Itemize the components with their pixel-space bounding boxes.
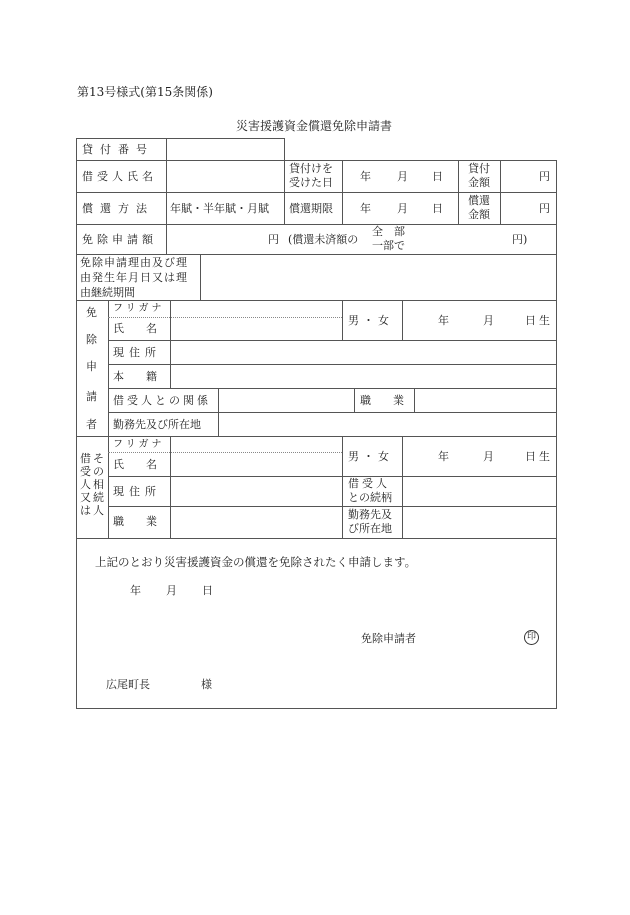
repay-amount-yen: 円 bbox=[539, 202, 550, 215]
applicant-relation-label: 借受人との関係 bbox=[113, 394, 211, 407]
heir-furigana-label: フリガナ bbox=[113, 438, 165, 451]
applicant-occupation-label: 職 業 bbox=[360, 394, 404, 407]
heir-relation-label-2: との続柄 bbox=[348, 491, 392, 504]
unpaid-part-option[interactable]: 一部で bbox=[372, 239, 405, 252]
repay-amount-label-1: 償還 bbox=[468, 194, 490, 207]
heir-name-field[interactable] bbox=[171, 454, 341, 475]
heir-occupation-field[interactable] bbox=[171, 507, 341, 537]
unpaid-all-option[interactable]: 全 部 bbox=[372, 225, 405, 238]
applicant-relation-field[interactable] bbox=[219, 389, 353, 411]
applicant-occupation-field[interactable] bbox=[415, 389, 555, 411]
applicant-workplace-label: 勤務先及び所在地 bbox=[113, 418, 201, 431]
borrower-name-field[interactable] bbox=[167, 161, 283, 191]
unpaid-prefix: (償還未済額の bbox=[288, 233, 358, 246]
addressee: 広尾町長 bbox=[106, 678, 150, 691]
heir-workplace-field[interactable] bbox=[403, 507, 555, 537]
repay-deadline-day: 日 bbox=[432, 202, 443, 215]
applicant-name-field[interactable] bbox=[171, 318, 341, 339]
applicant-workplace-field[interactable] bbox=[219, 413, 555, 435]
reason-field[interactable] bbox=[201, 255, 555, 299]
heir-workplace-label-2: び所在地 bbox=[348, 522, 392, 535]
applicant-furigana-field[interactable] bbox=[171, 301, 341, 316]
page-title: 災害援護資金償還免除申請書 bbox=[236, 120, 392, 133]
applicant-birthdate-field[interactable]: 年 月 日生 bbox=[403, 301, 555, 339]
reason-label-1: 免除申請理由及び理 bbox=[80, 256, 188, 269]
applicant-furigana-label: フリガナ bbox=[113, 302, 165, 315]
declaration-date-field[interactable]: 年 月 日 bbox=[125, 582, 225, 598]
exemption-amount-label: 免除申請額 bbox=[82, 233, 157, 246]
applicant-name-label: 氏 名 bbox=[113, 322, 157, 335]
exemption-amount-yen: 円 bbox=[268, 233, 279, 246]
applicant-domicile-field[interactable] bbox=[171, 365, 555, 387]
loan-amount-label-2: 金額 bbox=[468, 176, 490, 189]
loan-date-field[interactable]: 年 月 日 bbox=[343, 161, 457, 191]
heir-name-label: 氏 名 bbox=[113, 458, 157, 471]
loan-amount-field[interactable]: 円 bbox=[501, 161, 555, 191]
applicant-address-label: 現住所 bbox=[113, 346, 161, 359]
applicant-domicile-label: 本 籍 bbox=[113, 370, 157, 383]
reason-label-3: 由継続期間 bbox=[80, 286, 135, 299]
loan-date-label-1: 貸付けを bbox=[289, 162, 333, 175]
repay-amount-field[interactable]: 円 bbox=[501, 193, 555, 223]
loan-date-label-2: 受けた日 bbox=[289, 176, 333, 189]
seal-icon: 印 bbox=[524, 630, 539, 645]
loan-date-day: 日 bbox=[432, 170, 443, 183]
applicant-address-field[interactable] bbox=[171, 341, 555, 363]
applicant-gender-select[interactable]: 男・女 bbox=[348, 314, 393, 327]
loan-date-year: 年 bbox=[360, 170, 371, 183]
borrower-name-label: 借受人氏名 bbox=[82, 170, 157, 183]
repay-deadline-label: 償還期限 bbox=[289, 202, 333, 215]
heir-furigana-field[interactable] bbox=[171, 437, 341, 451]
loan-date-month: 月 bbox=[397, 170, 408, 183]
repay-deadline-year: 年 bbox=[360, 202, 371, 215]
heir-gender-select[interactable]: 男・女 bbox=[348, 450, 393, 463]
unpaid-suffix: 円) bbox=[512, 233, 527, 246]
applicant-signature-field[interactable] bbox=[420, 628, 515, 648]
loan-number-field[interactable] bbox=[167, 139, 283, 159]
repay-method-label: 償還方法 bbox=[82, 202, 154, 215]
declaration-statement: 上記のとおり災害援護資金の償還を免除されたく申請します。 bbox=[95, 556, 416, 569]
applicant-signature-label: 免除申請者 bbox=[361, 632, 416, 645]
form-number: 第13号様式(第15条関係) bbox=[77, 86, 213, 99]
loan-amount-yen: 円 bbox=[539, 170, 550, 183]
heir-address-field[interactable] bbox=[171, 477, 341, 505]
exemption-amount-field[interactable]: 円 (償還未済額の 全 部 一部で 円) bbox=[167, 225, 555, 253]
repay-deadline-field[interactable]: 年 月 日 bbox=[343, 193, 457, 223]
repay-amount-label-2: 金額 bbox=[468, 208, 490, 221]
heir-relation-field[interactable] bbox=[403, 477, 555, 505]
heir-birthdate-field[interactable]: 年 月 日生 bbox=[403, 437, 555, 475]
loan-amount-label-1: 貸付 bbox=[468, 162, 490, 175]
reason-label-2: 由発生年月日又は理 bbox=[80, 271, 188, 284]
heir-occupation-label: 職 業 bbox=[113, 515, 157, 528]
loan-number-label: 貸付番号 bbox=[82, 143, 154, 156]
repay-deadline-month: 月 bbox=[397, 202, 408, 215]
heir-workplace-label-1: 勤務先及 bbox=[348, 508, 392, 521]
honorific: 様 bbox=[201, 678, 212, 691]
repay-method-options[interactable]: 年賦・半年賦・月賦 bbox=[170, 202, 269, 215]
heir-address-label: 現住所 bbox=[113, 485, 161, 498]
heir-relation-label-1: 借受人 bbox=[348, 477, 390, 490]
